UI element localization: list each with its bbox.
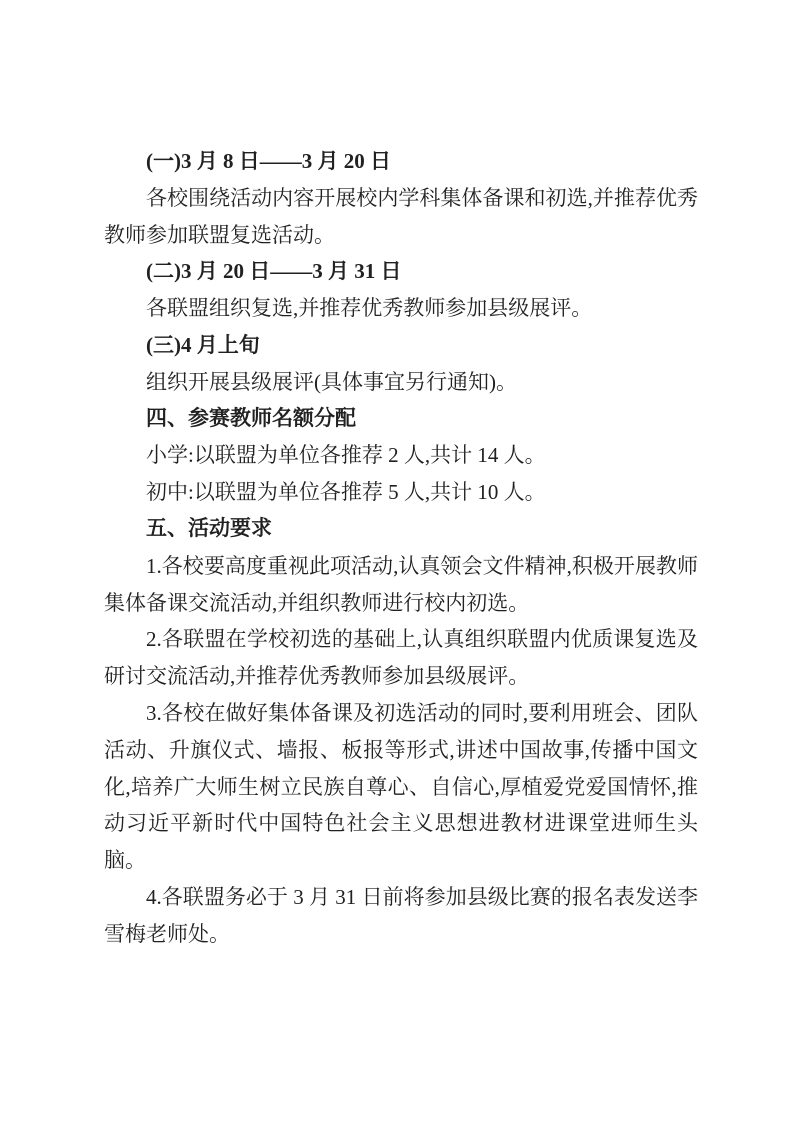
paragraph-period-1-desc: 各校围绕活动内容开展校内学科集体备课和初选,并推荐优秀教师参加联盟复选活动。 [104, 180, 698, 254]
paragraph-period-2-desc: 各联盟组织复选,并推荐优秀教师参加县级展评。 [104, 290, 698, 327]
paragraph-quota-middle: 初中:以联盟为单位各推荐 5 人,共计 10 人。 [104, 474, 698, 511]
paragraph-requirement-4: 4.各联盟务必于 3 月 31 日前将参加县级比赛的报名表发送李雪梅老师处。 [104, 879, 698, 953]
paragraph-period-3-desc: 组织开展县级展评(具体事宜另行通知)。 [104, 364, 698, 401]
paragraph-requirement-1: 1.各校要高度重视此项活动,认真领会文件精神,积极开展教师集体备课交流活动,并组… [104, 548, 698, 622]
paragraph-quota-primary: 小学:以联盟为单位各推荐 2 人,共计 14 人。 [104, 437, 698, 474]
heading-section-5-requirements: 五、活动要求 [104, 511, 698, 548]
heading-section-4-quota: 四、参赛教师名额分配 [104, 401, 698, 438]
heading-period-1: (一)3 月 8 日——3 月 20 日 [104, 143, 698, 180]
heading-period-3: (三)4 月上旬 [104, 327, 698, 364]
document-page: (一)3 月 8 日——3 月 20 日 各校围绕活动内容开展校内学科集体备课和… [0, 0, 794, 1123]
heading-period-2: (二)3 月 20 日——3 月 31 日 [104, 253, 698, 290]
paragraph-requirement-3: 3.各校在做好集体备课及初选活动的同时,要利用班会、团队活动、升旗仪式、墙报、板… [104, 695, 698, 879]
document-body: (一)3 月 8 日——3 月 20 日 各校围绕活动内容开展校内学科集体备课和… [104, 143, 698, 953]
paragraph-requirement-2: 2.各联盟在学校初选的基础上,认真组织联盟内优质课复选及研讨交流活动,并推荐优秀… [104, 621, 698, 695]
